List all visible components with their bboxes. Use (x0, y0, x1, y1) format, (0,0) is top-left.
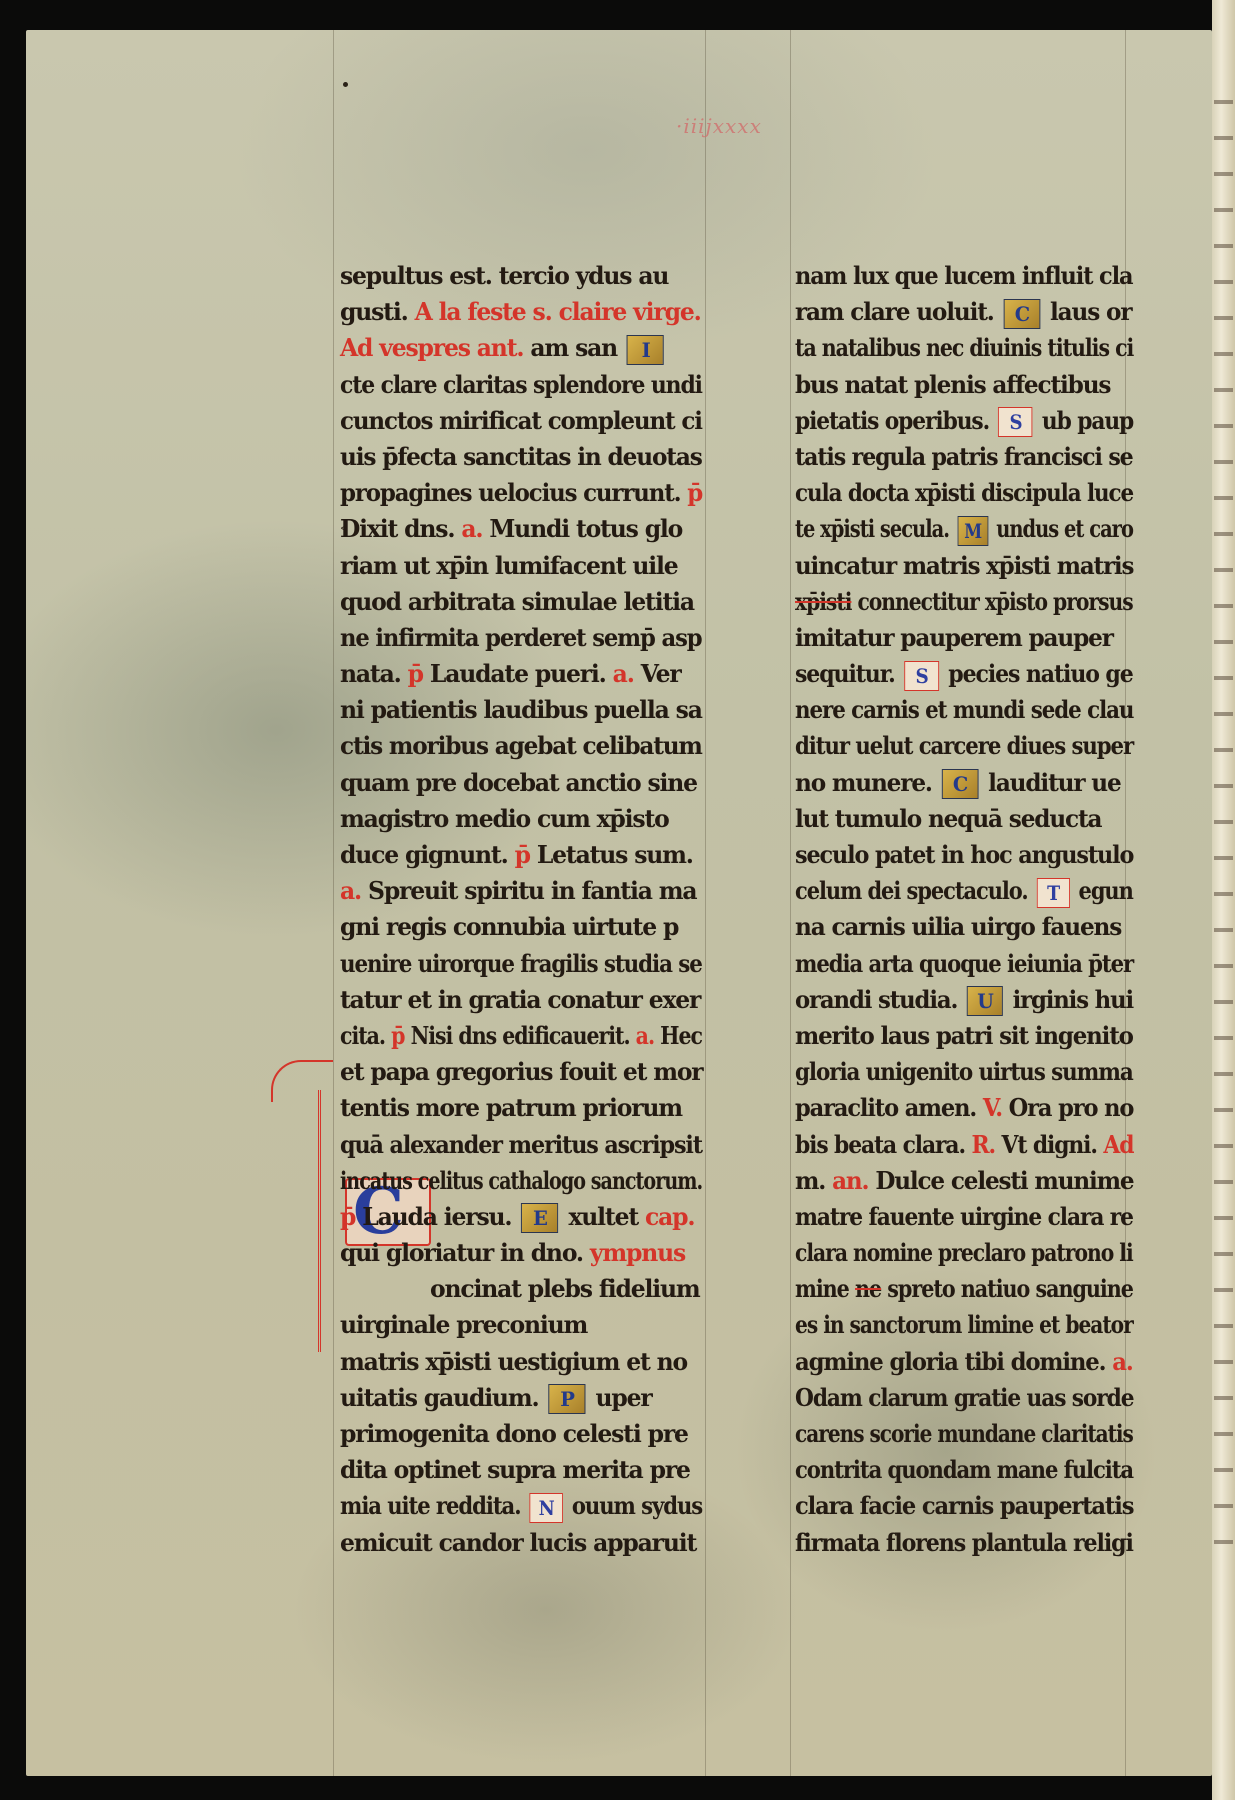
adjacent-page-text-stroke (1214, 100, 1233, 104)
script-text: Odam clarum gratie uas sorde (795, 1383, 1133, 1412)
adjacent-page-text-stroke (1214, 1360, 1233, 1364)
text-line: Odam clarum gratie uas sorde (795, 1380, 1111, 1416)
decorated-initial-c: C (942, 769, 979, 799)
script-text: agmine gloria tibi domine. (795, 1347, 1105, 1376)
script-text: quam pre docebat anctio sine (340, 768, 697, 797)
text-line: uis p̄fecta sanctitas in deuotas (340, 439, 698, 475)
script-text: xultet (568, 1202, 638, 1231)
adjacent-page-text-stroke (1214, 136, 1233, 140)
text-line: te xp̄isti secula. M undus et caro (795, 511, 1078, 547)
text-line: dita optinet supra merita pre (340, 1452, 702, 1488)
script-text: et papa gregorius fouit et mor (340, 1057, 702, 1086)
text-line: uincatur matris xp̄isti matris (795, 548, 1129, 584)
text-line: nere carnis et mundi sede clau (795, 692, 1107, 728)
rubric-text: Ad (1103, 1130, 1133, 1159)
text-line: mine ne spreto natiuo sanguine (795, 1271, 1097, 1307)
adjacent-page-text-stroke (1214, 280, 1233, 284)
adjacent-page-text-stroke (1214, 640, 1233, 644)
script-text: uper (596, 1383, 652, 1412)
script-text: spreto natiuo sanguine (887, 1274, 1133, 1303)
script-text: Spreuit spiritu in fantia ma (368, 876, 696, 905)
script-text: no munere. (795, 768, 932, 797)
adjacent-page-text-stroke (1214, 1288, 1233, 1292)
text-line: ni patientis laudibus puella sa (340, 692, 702, 728)
rubric-text: p̄ (515, 840, 530, 869)
script-text: cula docta xp̄isti discipula luce (795, 478, 1133, 507)
decorated-initial-s: S (904, 661, 939, 691)
text-line: es in sanctorum limine et beator (795, 1307, 1089, 1343)
script-text: firmata florens plantula religi (795, 1528, 1133, 1557)
adjacent-page-text-stroke (1214, 208, 1233, 212)
adjacent-page-text-stroke (1214, 568, 1233, 572)
adjacent-page-text-stroke (1214, 460, 1233, 464)
adjacent-page-text-stroke (1214, 748, 1233, 752)
decorative-border-flourish (318, 1090, 341, 1352)
script-text: ctis moribus agebat celibatum (340, 731, 702, 760)
script-text: Vt digni. (1002, 1130, 1097, 1159)
text-line: gloria unigenito uirtus summa (795, 1054, 1108, 1090)
script-text: incatus celitus cathalogo sanctorum. (340, 1166, 702, 1195)
text-line: bis beata clara. R. Vt digni. Ad (795, 1127, 1113, 1163)
adjacent-page-text-stroke (1214, 1252, 1233, 1256)
adjacent-page-text-stroke (1214, 1432, 1233, 1436)
text-line: nam lux que lucem influit cla (795, 258, 1123, 294)
script-text: es in sanctorum limine et beator (795, 1310, 1133, 1339)
rubric-text: A la feste s. claire virge. (415, 297, 701, 326)
script-text: lauditur ue (988, 768, 1120, 797)
script-text: sequitur. (795, 659, 895, 688)
rubric-text: p̄ (391, 1021, 404, 1050)
script-text: carens scorie mundane claritatis (795, 1419, 1133, 1448)
text-line: quā alexander meritus ascripsit (340, 1127, 683, 1163)
adjacent-page-text-stroke (1214, 712, 1233, 716)
text-line: qui gloriatur in dno. ympnus (340, 1235, 702, 1271)
script-text: pecies natiuo ge (948, 659, 1132, 688)
text-line: gusti. A la feste s. claire virge. (340, 294, 702, 330)
rubric-text: V. (983, 1093, 1002, 1122)
script-text: Ora pro no (1009, 1093, 1134, 1122)
adjacent-page-text-stroke (1214, 892, 1233, 896)
text-line: xp̄isti connectitur xp̄isto prorsus (795, 584, 1091, 620)
folio-number: ·iiijxxxx (676, 114, 762, 138)
text-line: matris xp̄isti uestigium et no (340, 1344, 702, 1380)
text-line: primogenita dono celesti pre (340, 1416, 702, 1452)
text-line: na carnis uilia uirgo fauens (795, 909, 1133, 945)
script-text: duce gignunt. (340, 840, 508, 869)
rubric-text: a. (613, 659, 634, 688)
text-line: tatur et in gratia conatur exer (340, 982, 702, 1018)
text-line: cte clare claritas splendore undi (340, 367, 677, 403)
decorated-initial-e: E (521, 1203, 558, 1233)
script-text: na carnis uilia uirgo fauens (795, 912, 1121, 941)
script-text: m. (795, 1166, 825, 1195)
text-line: media arta quoque ieiunia p̄ter (795, 946, 1104, 982)
text-line: a. Spreuit spiritu in fantia ma (340, 873, 702, 909)
text-line: riam ut xp̄in lumifacent uile (340, 548, 702, 584)
text-line: clara facie carnis paupertatis (795, 1488, 1125, 1524)
script-text: Dixit dns. (340, 514, 454, 543)
script-text: ub paup (1042, 406, 1133, 435)
script-text: nam lux que lucem influit cla (795, 261, 1132, 290)
rubric-text: Ad vespres ant. (340, 333, 523, 362)
rubric-text: p̄ (408, 659, 423, 688)
script-text: sepultus est. tercio ydus au (340, 261, 668, 290)
adjacent-page-text-stroke (1214, 1468, 1233, 1472)
text-line: Dixit dns. a. Mundi totus glo (340, 511, 702, 547)
decorated-initial-i: I (627, 335, 664, 365)
text-line: Ad vespres ant. am san I (340, 330, 702, 366)
script-text: gloria unigenito uirtus summa (795, 1057, 1133, 1086)
text-line: uitatis gaudium. P uper (340, 1380, 702, 1416)
adjacent-page-text-stroke (1214, 496, 1233, 500)
text-line: lut tumulo nequā seducta (795, 801, 1133, 837)
script-text: Laudate pueri. (430, 659, 606, 688)
script-text: riam ut xp̄in lumifacent uile (340, 551, 677, 580)
text-line: et papa gregorius fouit et mor (340, 1054, 701, 1090)
text-line: no munere. C lauditur ue (795, 765, 1133, 801)
text-line: magistro medio cum xp̄isto (340, 801, 702, 837)
adjacent-page-text-stroke (1214, 388, 1233, 392)
script-text: seculo patet in hoc angustulo (795, 840, 1133, 869)
rubric-text: a. (636, 1021, 654, 1050)
script-text: uis p̄fecta sanctitas in deuotas (340, 442, 702, 471)
script-text: gusti. (340, 297, 408, 326)
rubric-text: ympnus (590, 1238, 685, 1267)
script-text: tentis more patrum priorum (340, 1093, 682, 1122)
script-text: uenire uirorque fragilis studia se (340, 949, 702, 978)
text-line: contrita quondam mane fulcita (795, 1452, 1103, 1488)
text-line: tatis regula patris francisci se (795, 439, 1117, 475)
script-text: cte clare claritas splendore undi (340, 370, 702, 399)
script-text: te xp̄isti secula. (795, 514, 949, 543)
text-line: ctis moribus agebat celibatum (340, 728, 697, 764)
decorated-initial-c: C (1004, 299, 1041, 329)
left-text-column: sepultus est. tercio ydus augusti. A la … (340, 258, 710, 1561)
text-line: agmine gloria tibi domine. a. (795, 1344, 1127, 1380)
script-text: merito laus patri sit ingenito (795, 1021, 1133, 1050)
adjacent-page-text-stroke (1214, 1144, 1233, 1148)
adjacent-page-text-stroke (1214, 1036, 1233, 1040)
script-text: Letatus sum. (537, 840, 693, 869)
script-text: tatur et in gratia conatur exer (340, 985, 700, 1014)
script-text: dita optinet supra merita pre (340, 1455, 690, 1484)
decorated-initial-s: S (998, 407, 1032, 437)
adjacent-page-text-stroke (1214, 352, 1233, 356)
ink-spot (343, 82, 348, 87)
text-line: ram clare uoluit. C laus or (795, 294, 1133, 330)
adjacent-page-text-stroke (1214, 172, 1233, 176)
script-text: emicuit candor lucis apparuit (340, 1528, 696, 1557)
rubric-text: p̄ (340, 1202, 355, 1231)
rubric-text: a. (340, 876, 361, 905)
text-line: firmata florens plantula religi (795, 1525, 1118, 1561)
text-line: matre fauente uirgine clara re (795, 1199, 1112, 1235)
script-text: ne infirmita perderet semp̄ asp (340, 623, 701, 652)
script-text: ni patientis laudibus puella sa (340, 695, 702, 724)
decorated-initial-t: T (1036, 878, 1069, 908)
adjacent-page-text-stroke (1214, 1180, 1233, 1184)
script-text: Mundi totus glo (489, 514, 682, 543)
script-text: quod arbitrata simulae letitia (340, 587, 694, 616)
text-line: cita. p̄ Nisi dns edificauerit. a. Hec (340, 1018, 656, 1054)
text-line: cula docta xp̄isti discipula luce (795, 475, 1108, 511)
script-text: tatis regula patris francisci se (795, 442, 1133, 471)
script-text: irginis hui (1013, 985, 1133, 1014)
adjacent-page-text-stroke (1214, 1324, 1233, 1328)
script-text: contrita quondam mane fulcita (795, 1455, 1133, 1484)
adjacent-page-text-stroke (1214, 964, 1233, 968)
script-text: Dulce celesti munime (875, 1166, 1133, 1195)
script-text: lut tumulo nequā seducta (795, 804, 1101, 833)
script-text: quā alexander meritus ascripsit (340, 1130, 702, 1159)
text-line: m. an. Dulce celesti munime (795, 1163, 1132, 1199)
adjacent-page-text-stroke (1214, 532, 1233, 536)
adjacent-page-text-stroke (1214, 424, 1233, 428)
text-line: p̄ Lauda iersu. E xultet cap. (340, 1199, 702, 1235)
script-text: media arta quoque ieiunia p̄ter (795, 949, 1133, 978)
script-text: ram clare uoluit. (795, 297, 994, 326)
script-text: Nisi dns edificauerit. (411, 1021, 630, 1050)
script-text: uincatur matris xp̄isti matris (795, 551, 1133, 580)
struck-text: ne (855, 1274, 881, 1303)
text-line: imitatur pauperem pauper (795, 620, 1133, 656)
script-text: orandi studia. (795, 985, 957, 1014)
script-text: primogenita dono celesti pre (340, 1419, 688, 1448)
text-line: clara nomine preclaro patrono li (795, 1235, 1091, 1271)
text-line: propagines uelocius currunt. p̄ (340, 475, 693, 511)
rubric-text: cap. (645, 1202, 694, 1231)
text-line: quod arbitrata simulae letitia (340, 584, 702, 620)
adjacent-page-text-stroke (1214, 784, 1233, 788)
text-line: gni regis connubia uirtute p (340, 909, 702, 945)
text-line: seculo patet in hoc angustulo (795, 837, 1121, 873)
decorated-initial-u: U (967, 986, 1003, 1016)
adjacent-page-text-stroke (1214, 820, 1233, 824)
text-line: sepultus est. tercio ydus au (340, 258, 702, 294)
text-line: emicuit candor lucis apparuit (340, 1525, 702, 1561)
script-text: ditur uelut carcere diues super (795, 731, 1133, 760)
script-text: cunctos mirificat compleunt ci (340, 406, 702, 435)
script-text: pietatis operibus. (795, 406, 989, 435)
adjacent-page-text-stroke (1214, 1540, 1233, 1544)
adjacent-page-text-stroke (1214, 676, 1233, 680)
script-text: clara facie carnis paupertatis (795, 1491, 1133, 1520)
script-text: ta natalibus nec diuinis titulis ci (795, 333, 1133, 362)
rubric-text: an. (832, 1166, 868, 1195)
adjacent-page-text-stroke (1214, 604, 1233, 608)
text-line: merito laus patri sit ingenito (795, 1018, 1129, 1054)
adjacent-page-text-stroke (1214, 244, 1233, 248)
script-text: Ver (641, 659, 681, 688)
text-line: duce gignunt. p̄ Letatus sum. (340, 837, 702, 873)
text-line: ditur uelut carcere diues super (795, 728, 1105, 764)
script-text: paraclito amen. (795, 1093, 976, 1122)
script-text: undus et caro (996, 514, 1133, 543)
script-text: cita. (340, 1021, 385, 1050)
script-text: oncinat plebs fidelium (430, 1274, 700, 1303)
decorated-initial-p: P (548, 1384, 585, 1414)
adjacent-page-edge (1212, 0, 1235, 1800)
adjacent-page-text-stroke (1214, 1000, 1233, 1004)
adjacent-page-text-stroke (1214, 1396, 1233, 1400)
script-text: magistro medio cum xp̄isto (340, 804, 669, 833)
rubric-text: R. (971, 1130, 995, 1159)
script-text: gni regis connubia uirtute p (340, 912, 678, 941)
text-line: cunctos mirificat compleunt ci (340, 403, 694, 439)
text-line: bus natat plenis affectibus (795, 367, 1133, 403)
decorated-initial-n: N (529, 1493, 562, 1523)
adjacent-page-text-stroke (1214, 1504, 1233, 1508)
text-line: nata. p̄ Laudate pueri. a. Ver (340, 656, 702, 692)
ruling-vertical-right-outer (790, 30, 791, 1776)
script-text: uirginale preconium (340, 1310, 587, 1339)
rubric-text: a. (1112, 1347, 1132, 1376)
adjacent-page-text-stroke (1214, 1072, 1233, 1076)
text-line: tentis more patrum priorum (340, 1090, 702, 1126)
ruling-vertical-left-outer (333, 30, 334, 1776)
text-line: incatus celitus cathalogo sanctorum. (340, 1163, 635, 1199)
text-line: sequitur. S pecies natiuo ge (795, 656, 1116, 692)
script-text: uitatis gaudium. (340, 1383, 538, 1412)
script-text: Lauda iersu. (362, 1202, 511, 1231)
script-text: matre fauente uirgine clara re (795, 1202, 1133, 1231)
adjacent-page-text-stroke (1214, 1108, 1233, 1112)
script-text: clara nomine preclaro patrono li (795, 1238, 1133, 1267)
script-text: matris xp̄isti uestigium et no (340, 1347, 687, 1376)
script-text: ouum sydus (572, 1491, 702, 1520)
rubric-text: p̄ (687, 478, 702, 507)
decorated-initial-m: M (957, 516, 988, 546)
text-line: uirginale preconium (340, 1307, 702, 1343)
adjacent-page-text-stroke (1214, 1216, 1233, 1220)
script-text: laus or (1050, 297, 1131, 326)
script-text: nata. (340, 659, 401, 688)
script-text: am san (530, 333, 617, 362)
script-text: celum dei spectaculo. (795, 876, 1028, 905)
script-text: egun (1079, 876, 1133, 905)
text-line: quam pre docebat anctio sine (340, 765, 702, 801)
adjacent-page-text-stroke (1214, 856, 1233, 860)
text-line: ne infirmita perderet semp̄ asp (340, 620, 690, 656)
adjacent-page-text-stroke (1214, 928, 1233, 932)
script-text: qui gloriatur in dno. (340, 1238, 583, 1267)
script-text: imitatur pauperem pauper (795, 623, 1113, 652)
text-line: ta natalibus nec diuinis titulis ci (795, 330, 1094, 366)
struck-text: xp̄isti (795, 587, 851, 616)
text-line: orandi studia. U irginis hui (795, 982, 1127, 1018)
script-text: bis beata clara. (795, 1130, 965, 1159)
script-text: bus natat plenis affectibus (795, 370, 1110, 399)
text-line: celum dei spectaculo. T egun (795, 873, 1101, 909)
text-line: uenire uirorque fragilis studia se (340, 946, 670, 982)
text-line: pietatis operibus. S ub paup (795, 403, 1112, 439)
script-text: connectitur xp̄isto prorsus (857, 587, 1132, 616)
rubric-text: a. (461, 514, 482, 543)
text-line: carens scorie mundane claritatis (795, 1416, 1088, 1452)
script-text: propagines uelocius currunt. (340, 478, 680, 507)
script-text: mia uite reddita. (340, 1491, 521, 1520)
script-text: mine (795, 1274, 849, 1303)
script-text: nere carnis et mundi sede clau (795, 695, 1133, 724)
right-text-column: nam lux que lucem influit claram clare u… (795, 258, 1145, 1561)
text-line: paraclito amen. V. Ora pro no (795, 1090, 1124, 1126)
adjacent-page-text-stroke (1214, 316, 1233, 320)
text-line: mia uite reddita. N ouum sydus (340, 1488, 666, 1524)
text-line: oncinat plebs fidelium (340, 1271, 702, 1307)
script-text: Hec (660, 1021, 702, 1050)
